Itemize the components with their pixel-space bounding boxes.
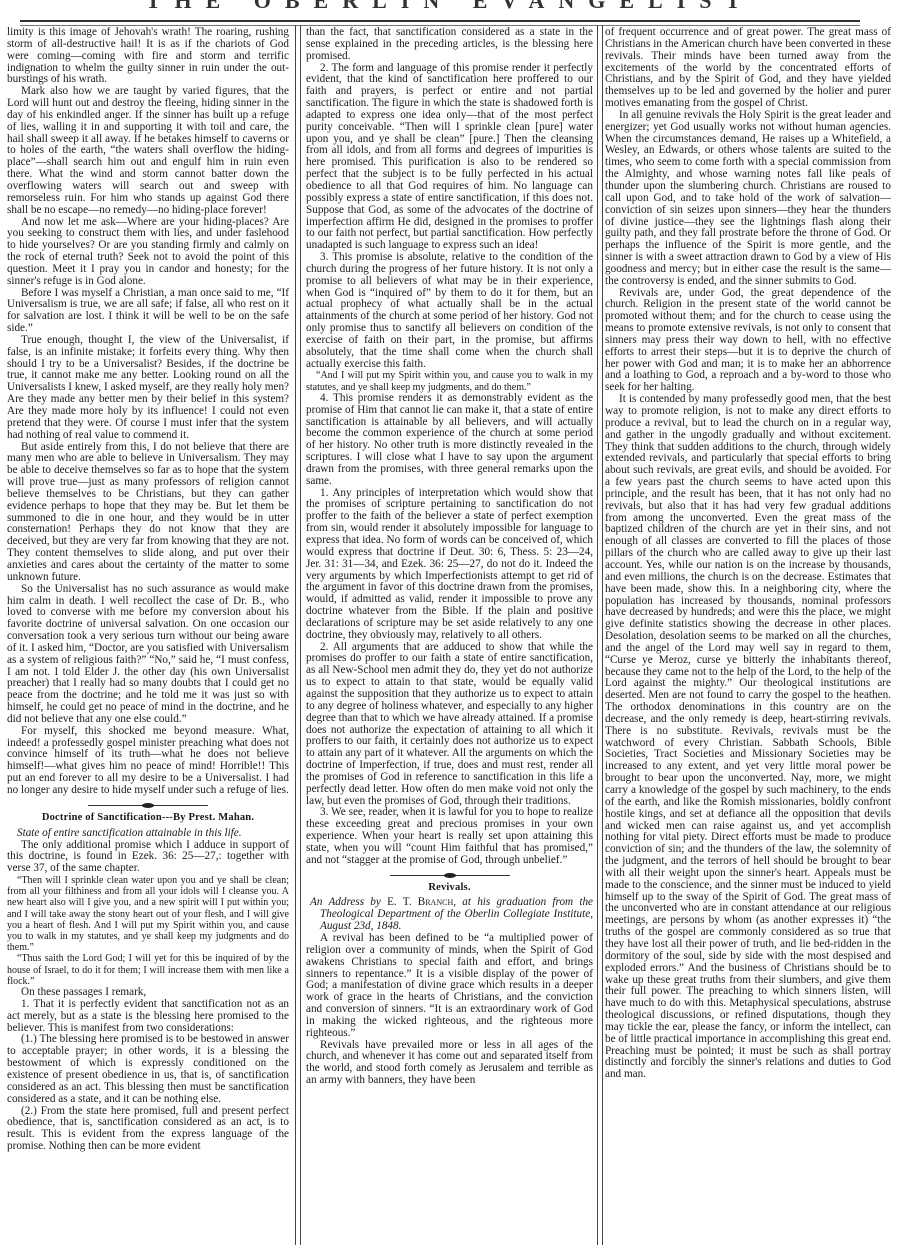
paragraph: 4. This promise renders it as demonstrab… (306, 393, 593, 488)
paragraph: 3. This promise is absolute, relative to… (306, 252, 593, 370)
paragraph: The only additional promise which I addu… (7, 840, 289, 876)
article-byline: An Address by E. T. Branch, at his gradu… (306, 897, 593, 933)
paragraph: Revivals are, under God, the great depen… (605, 288, 891, 395)
article-subtitle: State of entire sanctification attainabl… (7, 828, 289, 840)
scripture-quote: “Then will I sprinkle clean water upon y… (7, 875, 289, 953)
column-divider (597, 25, 603, 1245)
byline-prefix: An Address by (310, 896, 381, 908)
paragraph: Revivals have prevailed more or less in … (306, 1040, 593, 1087)
paragraph: True enough, thought I, the view of the … (7, 335, 289, 442)
paragraph: (2.) From the state here promised, full … (7, 1106, 289, 1153)
paragraph: And now let me ask—Where are your hiding… (7, 217, 289, 288)
paragraph: So the Universalist has no such assuranc… (7, 584, 289, 726)
column-2: than the fact, that sanctification consi… (306, 27, 593, 1087)
article-heading-sanctification: Doctrine of Sanctification---By Prest. M… (7, 812, 289, 824)
paragraph: Mark also how we are taught by varied fi… (7, 86, 289, 216)
paragraph: 2. The form and language of this promise… (306, 63, 593, 253)
paragraph: Before I was myself a Christian, a man o… (7, 288, 289, 335)
column-3: of frequent occurrence and of great powe… (605, 27, 891, 1081)
paragraph: For myself, this shocked me beyond measu… (7, 726, 289, 797)
paragraph: of frequent occurrence and of great powe… (605, 27, 891, 110)
paragraph: (1.) The blessing here promised is to be… (7, 1034, 289, 1105)
paragraph: 1. That it is perfectly evident that san… (7, 999, 289, 1035)
paragraph: 3. We see, reader, when it is lawful for… (306, 807, 593, 866)
article-heading-revivals: Revivals. (306, 882, 593, 894)
author-name: E. T. Branch, (387, 896, 456, 908)
paragraph: It is contended by many professedly good… (605, 394, 891, 1081)
paragraph: 1. Any principles of interpretation whic… (306, 488, 593, 642)
paragraph: limity is this image of Jehovah's wrath!… (7, 27, 289, 86)
section-divider-ornament (390, 875, 510, 876)
column-divider (295, 25, 301, 1245)
scripture-quote: “Thus saith the Lord God; I will yet for… (7, 953, 289, 987)
paragraph: But aside entirely from this, I do not b… (7, 442, 289, 584)
paragraph: A revival has been defined to be “a mult… (306, 933, 593, 1040)
masthead: THE OBERLIN EVANGELIST (0, 0, 900, 22)
scripture-quote: “And I will put my Spirit within you, an… (306, 370, 593, 392)
section-divider-ornament (88, 805, 208, 806)
newspaper-title: THE OBERLIN EVANGELIST (0, 0, 900, 14)
paragraph: 2. All arguments that are adduced to sho… (306, 642, 593, 808)
paragraph: than the fact, that sanctification consi… (306, 27, 593, 63)
paragraph: In all genuine revivals the Holy Spirit … (605, 110, 891, 288)
column-1: limity is this image of Jehovah's wrath!… (7, 27, 289, 1153)
